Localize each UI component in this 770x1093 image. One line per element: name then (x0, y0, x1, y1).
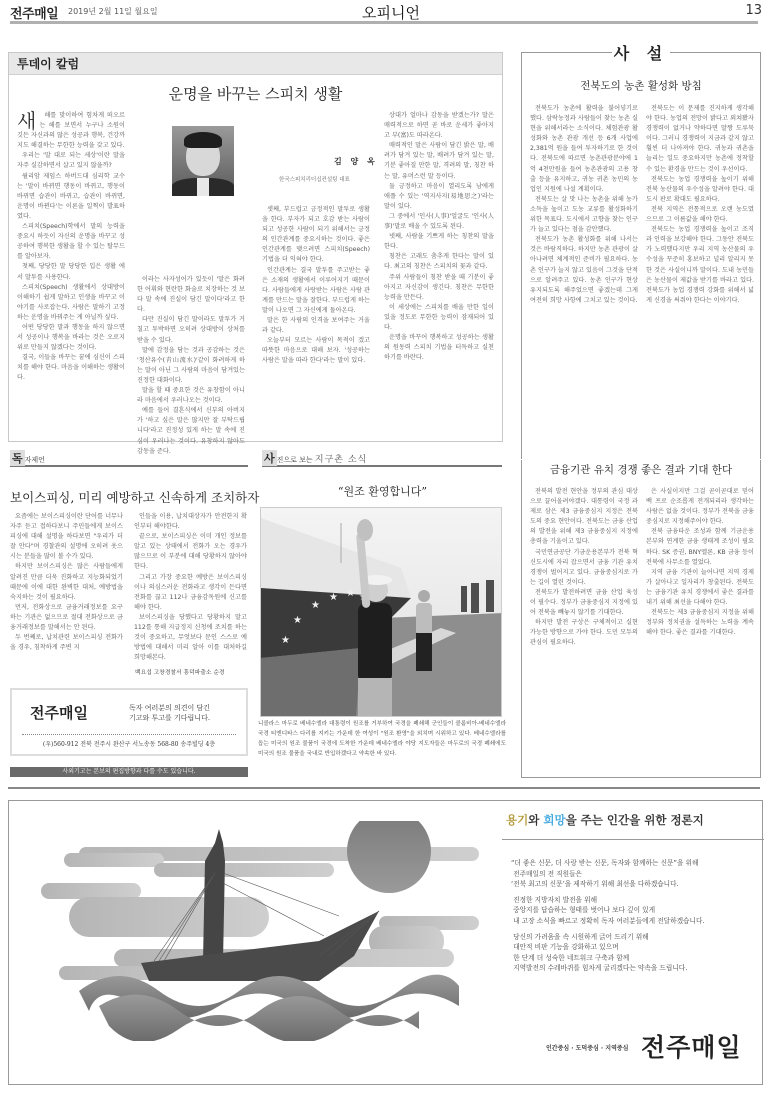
editorial-2-title: 금융기관 유치 경쟁 좋은 결과 기대 한다 (522, 462, 760, 477)
page-number: 13 (745, 3, 762, 18)
paragraph: 셋째, 부드럽고 긍정적인 말투로 생활을 한다. 부자가 되고 호감 받는 사… (262, 205, 370, 266)
paragraph: 운명을 바꾸어 행복하고 성공하는 생활의 원동력 스피치 기법을 터득하고 실… (384, 333, 494, 363)
paragraph: 스피치(Speech) 생활에서 상대방이 이해하기 쉽게 말하고 인생을 바꾸… (17, 283, 125, 323)
paragraph: 전북도는 이 문제를 진지하게 생각해야 한다. 농업의 전망이 밝다고 외쳐봤… (646, 104, 754, 175)
paragraph: 전북도가 농촌에 활력을 불어넣기로 했다. 삼락농정과 사람들이 찾는 농촌 … (530, 104, 638, 195)
today-column-col2: 이라는 사자성어가 있듯이 '말은 화려한 어휘와 현란한 화술로 치장하는 것… (137, 275, 245, 457)
svg-text:★: ★ (329, 592, 338, 603)
paragraph: 윌리암 제임스 하버드대 심리학 교수는 '말이 바뀌면 행동이 바뀌고, 행동… (17, 172, 125, 222)
contact-address: (우)560-912 전북 전주시 완산구 서노송동 568-80 송주빌딩 4… (12, 739, 246, 748)
ad-brand-logo: 전주매일 (641, 1028, 742, 1064)
editorial-label: 사 설 (522, 41, 760, 64)
news-photo: ★★★★★★ (260, 507, 502, 717)
paragraph: 전북 금융타운 조성과 함께 기금운용본부와 연계한 금융 생태계 조성이 필요… (646, 527, 754, 567)
ad-body: “더 좋은 신문, 더 사랑 받는 신문, 독자와 함께하는 신문”을 위해 전… (511, 858, 705, 979)
paragraph: 그리고 가장 중요한 예방은 보이스피싱이나 의심스러운 전화라고 생각이 든다… (134, 573, 247, 613)
paragraph: 그 중에서 '인사(人事)'얼굴도 '인사(人事)'말로 배울 수 있도록 된다… (384, 212, 494, 232)
paragraph: 전북의 발전 현안을 정부의 관심 대상으로 끌어올려야겠다. 대통령이 국정 … (530, 487, 638, 548)
paragraph: 은 사실이지만 그걸 곧이곧대로 믿어 백 프로 순조롭게 전개되리라 생각하는… (646, 487, 754, 527)
paragraph: 둘 긍정하고 마음이 열리도록 남에게 애플 수 있는 '역지사지(易地思之)'… (384, 182, 494, 212)
contact-call: 독자 여러분의 의견이 담긴 기고와 투고를 기다립니다. (129, 703, 210, 723)
masthead-brand: 전주매일 (10, 3, 58, 22)
reader-article-title: 보이스피싱, 미리 예방하고 신속하게 조치하자 (10, 488, 259, 506)
paragraph: 이 세상에는 스피치를 배울 만한 일이 있을 정도로 무한한 능력이 잠재되어… (384, 303, 494, 333)
paragraph: 인들을 이용, 납치대상자가 안전한지 확인부터 해야한다. (134, 512, 247, 532)
disclaimer-bar: 사외기고는 본보의 편집방향과 다를 수도 있습니다. (10, 767, 248, 777)
paragraph: 보이스피싱을 당했다고 당황하지 말고 112를 통해 지급정지 신청에 조치를… (134, 613, 247, 663)
dropcap: 새 (17, 111, 36, 131)
ad-paragraph: 진정한 지방자치 발전을 위해 중앙지를 답습하는 형태를 벗어나 보다 깊이 … (511, 895, 705, 927)
editorial-2-col1: 전북의 발전 현안을 정부의 관심 대상으로 끌어올려야겠다. 대통령이 국정 … (530, 487, 638, 649)
paragraph: 하지만 발전 구상은 구체적이고 실현 가능한 방향으로 가야 한다. 도민 모… (530, 618, 638, 648)
today-column-col1: 새 해를 맞이하여 힘차게 떠오르는 해를 보면서 누구나 소원이 깃든 자신과… (17, 111, 125, 384)
paragraph: 매력적인 말은 사람이 담긴 밝은 말, 배려가 담겨 있는 말, 배려가 담겨… (384, 141, 494, 181)
paragraph: 칭찬은 고래도 춤추게 한다는 말이 있다. 최고의 칭찬은 스피치의 꽃과 같… (384, 252, 494, 272)
paragraph: 넷째, 사람을 기쁘게 하는 칭찬의 말을 한다. (384, 232, 494, 252)
svg-text:★: ★ (311, 600, 320, 611)
reader-section-header: 독자제언 (10, 447, 248, 467)
house-advertisement: 용기와 희망을 주는 인간을 위한 정론지 “더 좋은 신문, 더 사랑 받는 … (8, 800, 763, 1085)
paragraph: 주위 사람들이 칭찬 받을 때 기분이 좋아지고 자신감이 생긴다. 칭찬은 무… (384, 273, 494, 303)
paragraph: 첫째, 당당한 말 당당한 입은 생활 에서 말투를 사용한다. (17, 262, 125, 282)
svg-text:★: ★ (346, 588, 355, 599)
paragraph: 스피치(Speech)학에서 말의 능력을 중요시 하듯이 자신의 운명을 바꾸… (17, 222, 125, 262)
masthead-rule (10, 21, 758, 24)
paragraph: 전북도는 살 맛 나는 농촌을 위해 농가 소득을 높이고 도농 교류를 활성화… (530, 195, 638, 235)
editorial-col2: 전북도는 이 문제를 진지하게 생각해야 한다. 농업의 전망이 밝다고 외쳐봤… (646, 104, 754, 306)
paragraph: 어떤 당당한 말과 행동을 하지 않으면서 성공이나 행복을 바라는 것은 오로… (17, 323, 125, 353)
paragraph: 오늘부터 모르는 사람이 목적이 겠고 따뜻한 마음으로 대해 보자. '성공하… (262, 336, 370, 366)
paragraph: 전북도는 농업 경쟁력을 높이기 위해 전북 농산물의 우수성을 알려야 한다.… (646, 175, 754, 205)
paragraph: 요즘에는 보이스피싱이란 단어를 너무나 자주 듣고 접하다보니 주민들에게 보… (10, 512, 123, 562)
today-column-title: 운명을 바꾸는 스피치 생활 (9, 83, 502, 104)
author-name: 김 양 옥 (334, 156, 378, 167)
reader-col2: 인들을 이용, 납치대상자가 안전한지 확인부터 해야한다. 끝으로, 보이스피… (134, 512, 247, 663)
paragraph: 결국, 이들을 바꾸는 꿈에 심신이 스피치를 해야 한다. 마음을 이해하는 … (17, 353, 125, 383)
pen-ship-illustration (39, 821, 479, 1041)
paragraph: 전북 지역은 전통적으로 오랜 농도였으므로 그 이름값을 해야 한다. (646, 205, 754, 225)
photo-caption: 니콜라스 마두로 베네수엘라 대통령이 원조를 거부하여 국경을 폐쇄해 군인들… (258, 719, 506, 759)
section-name: 오피니언 (362, 2, 420, 23)
paragraph: 전북도가 발전하려면 금융 산업 육성이 필수다. 정부가 금융중심지 지정에 … (530, 588, 638, 618)
editorial-2-col2: 은 사실이지만 그걸 곧이곧대로 믿어 백 프로 순조롭게 전개되리라 생각하는… (646, 487, 754, 638)
paragraph: 전북도가 농촌 활성화를 위해 나서는 것은 바람직하다. 하지만 농촌 관광이… (530, 235, 638, 306)
author-role: 한국스피치리더십컨설팅 대표 (279, 175, 350, 183)
ad-paragraph: “더 좋은 신문, 더 사랑 받는 신문, 독자와 함께하는 신문”을 위해 전… (511, 858, 705, 890)
paragraph: 전북도는 농업 경쟁력을 높이고 조직과 인력을 보강해야 한다. 그동안 전북… (646, 225, 754, 306)
section-divider (8, 787, 760, 789)
paragraph: 말은 한 사람의 인격을 보여주는 거울과 같다. (262, 316, 370, 336)
paragraph: 우리는 '말 대로 되는 세상'이란 말을 자주 실감하면서 살고 있지 않을까… (17, 151, 125, 171)
paragraph: 국민연금공단 기금운용본부가 전북 혁신도시에 자리 잡으면서 금융 기관 유치… (530, 548, 638, 588)
editorial-col1: 전북도가 농촌에 활력을 불어넣기로 했다. 삼락농정과 사람들이 찾는 농촌 … (530, 104, 638, 306)
ad-paragraph: 당신의 가려움을 속 시원하게 긁어 드리기 위해 대안적 비판 기능을 강화하… (511, 932, 705, 974)
paragraph: 하지만 보이스피싱은 많은 사람들에게 알려진 만큼 더욱 진화하고 지능화되었… (10, 562, 123, 602)
today-column-col3: 셋째, 부드럽고 긍정적인 말투로 생활을 한다. 부자가 되고 호감 받는 사… (262, 205, 370, 367)
editorial-2-box: 금융기관 유치 경쟁 좋은 결과 기대 한다 전북의 발전 현안을 정부의 관심… (521, 460, 761, 778)
masthead-date: 2019년 2월 11일 월요일 (68, 6, 158, 17)
header-rest: 자제언 (25, 456, 45, 464)
svg-text:★: ★ (293, 615, 302, 626)
paragraph: 두 번째로, 납치관련 보이스피싱 전화가 올 경우, 침착하게 주변 지 (10, 633, 123, 653)
editorial-box: 사 설 전북도의 농촌 활성화 방침 전북도가 농촌에 활력을 불어넣기로 했다… (521, 52, 761, 459)
paragraph: 상대가 얼마나 감동을 받겠는가? 말은 매력적으로 하면 곧 바로 운세가 좋… (384, 111, 494, 141)
masthead: 전주매일 2019년 2월 11일 월요일 오피니언 13 (10, 3, 765, 23)
paragraph: 말을 할 때 중요한 것은 유창함이 아니라 마음에서 우러나오는 것이다. (137, 386, 245, 406)
today-column-col4: 상대가 얼마나 감동을 받겠는가? 말은 매력적으로 하면 곧 바로 운세가 좋… (384, 111, 494, 363)
paragraph: 지역 금융 기관이 늘어나면 지역 경제가 살아나고 일자리가 창출된다. 전북… (646, 568, 754, 608)
svg-text:★: ★ (281, 635, 290, 646)
author-portrait (172, 126, 234, 196)
header-cap: 사 (262, 450, 277, 466)
reader-col1: 요즘에는 보이스피싱이란 단어를 너무나 자주 듣고 접하다보니 주민들에게 보… (10, 512, 123, 653)
ad-motto: 인간중심 · 도덕중심 · 지역중심 (546, 1043, 628, 1052)
photo-title: “원조 환영합니다” (255, 483, 510, 499)
today-column-label: 투데이 칼럼 (9, 53, 502, 75)
paragraph: 끝으로, 보이스피싱은 이미 개인 정보를 알고 있는 상태에서 전화가 오는 … (134, 532, 247, 572)
contact-box: 전주매일 독자 여러분의 의견이 담긴 기고와 투고를 기다립니다. (우)56… (10, 688, 248, 756)
photo-section-header: 사진으로 보는 지구촌 소식 (262, 447, 502, 467)
paragraph: 이라는 사자성어가 있듯이 '말은 화려한 어휘와 현란한 화술로 치장하는 것… (137, 275, 245, 315)
protest-photo-illustration: ★★★★★★ (261, 508, 502, 717)
paragraph: 먼저, 전화상으로 금융거래정보를 요구하는 기관은 없으므로 절대 전화상으로… (10, 603, 123, 633)
editorial-title: 전북도의 농촌 활성화 방침 (522, 78, 760, 93)
ad-slogan: 용기와 희망을 주는 인간을 위한 정론지 (506, 812, 704, 828)
today-column: 투데이 칼럼 운명을 바꾸는 스피치 생활 새 해를 맞이하여 힘차게 떠오르는… (8, 52, 503, 442)
paragraph: 말에 감정을 담는 것과 공감하는 것은 '청산유수(靑山流水)'같이 화려하게… (137, 346, 245, 386)
header-cap: 독 (10, 450, 25, 466)
reader-byline: 백요섭 고창경찰서 흥덕파출소 순경 (135, 667, 225, 676)
paragraph: 전북도는 제3 금융중심지 지정을 위해 정부와 정치권을 설득하는 노력을 계… (646, 608, 754, 638)
paragraph: 인간관계는 결국 말투를 주고받는 좋은 소재의 생활에서 이루어지기 때문이다… (262, 266, 370, 316)
paragraph: 다만 진실이 담긴 말이라도 말투가 거칠고 투박하면 오히려 상대방이 상처를… (137, 315, 245, 345)
contact-logo: 전주매일 (30, 702, 88, 723)
